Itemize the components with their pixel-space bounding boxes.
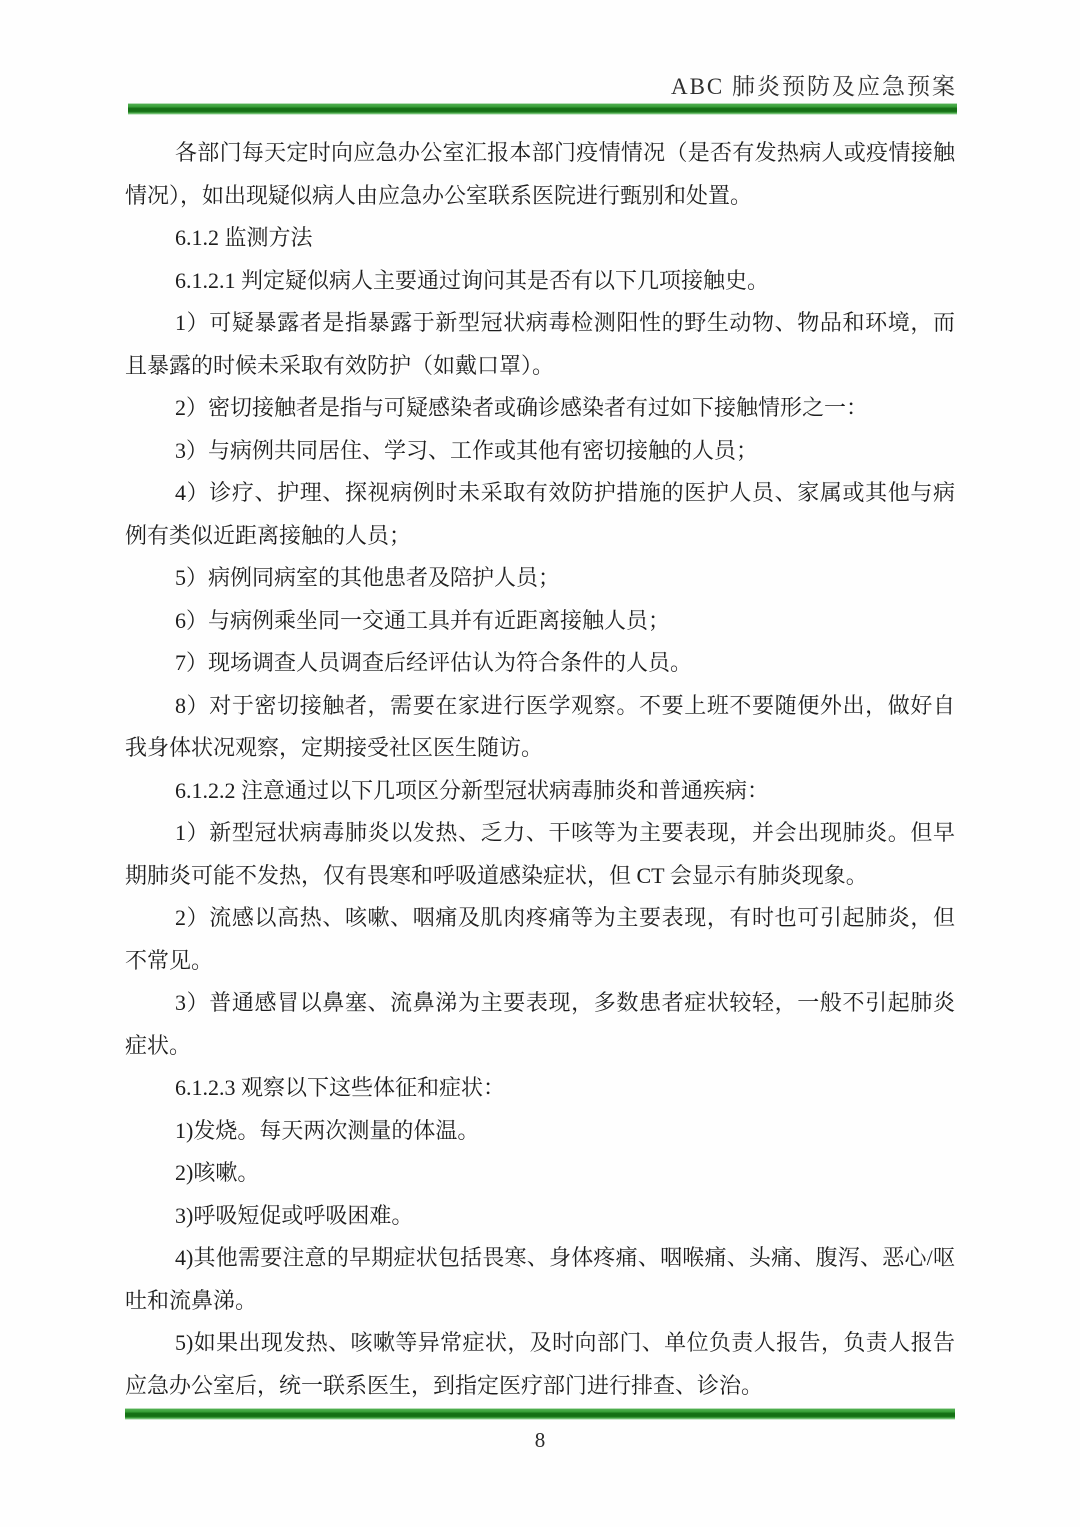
- list-item: 5)如果出现发热、咳嗽等异常症状，及时向部门、单位负责人报告，负责人报告应急办公…: [125, 1322, 955, 1407]
- list-item: 3）普通感冒以鼻塞、流鼻涕为主要表现，多数患者症状较轻，一般不引起肺炎症状。: [125, 982, 955, 1067]
- paragraph: 各部门每天定时向应急办公室汇报本部门疫情情况（是否有发热病人或疫情接触情况），如…: [125, 132, 955, 217]
- list-item: 2)咳嗽。: [125, 1152, 955, 1195]
- heading-6-1-2-2: 6.1.2.2 注意通过以下几项区分新型冠状病毒肺炎和普通疾病：: [125, 770, 955, 813]
- list-item: 5）病例同病室的其他患者及陪护人员；: [125, 557, 955, 600]
- header-title: ABC 肺炎预防及应急预案: [125, 68, 957, 101]
- heading-6-1-2-1: 6.1.2.1 判定疑似病人主要通过询问其是否有以下几项接触史。: [125, 260, 955, 303]
- list-item: 4)其他需要注意的早期症状包括畏寒、身体疼痛、咽喉痛、头痛、腹泻、恶心/呕吐和流…: [125, 1237, 955, 1322]
- header-rule-line: [128, 103, 957, 115]
- list-item: 2）密切接触者是指与可疑感染者或确诊感染者有过如下接触情形之一：: [125, 387, 955, 430]
- document-page: ABC 肺炎预防及应急预案 各部门每天定时向应急办公室汇报本部门疫情情况（是否有…: [0, 0, 1080, 1527]
- list-item: 4）诊疗、护理、探视病例时未采取有效防护措施的医护人员、家属或其他与病例有类似近…: [125, 472, 955, 557]
- heading-6-1-2-3: 6.1.2.3 观察以下这些体征和症状：: [125, 1067, 955, 1110]
- heading-6-1-2: 6.1.2 监测方法: [125, 217, 955, 260]
- list-item: 1）可疑暴露者是指暴露于新型冠状病毒检测阳性的野生动物、物品和环境，而且暴露的时…: [125, 302, 955, 387]
- list-item: 6）与病例乘坐同一交通工具并有近距离接触人员；: [125, 600, 955, 643]
- list-item: 1）新型冠状病毒肺炎以发热、乏力、干咳等为主要表现，并会出现肺炎。但早期肺炎可能…: [125, 812, 955, 897]
- list-item: 7）现场调查人员调查后经评估认为符合条件的人员。: [125, 642, 955, 685]
- list-item: 3)呼吸短促或呼吸困难。: [125, 1195, 955, 1238]
- list-item: 8）对于密切接触者，需要在家进行医学观察。不要上班不要随便外出，做好自我身体状况…: [125, 685, 955, 770]
- footer-rule-line: [125, 1408, 955, 1420]
- document-body: 各部门每天定时向应急办公室汇报本部门疫情情况（是否有发热病人或疫情接触情况），如…: [125, 132, 955, 1407]
- list-item: 1)发烧。每天两次测量的体温。: [125, 1110, 955, 1153]
- list-item: 2）流感以高热、咳嗽、咽痛及肌肉疼痛等为主要表现，有时也可引起肺炎，但不常见。: [125, 897, 955, 982]
- list-item: 3）与病例共同居住、学习、工作或其他有密切接触的人员；: [125, 430, 955, 473]
- page-number: 8: [125, 1428, 955, 1453]
